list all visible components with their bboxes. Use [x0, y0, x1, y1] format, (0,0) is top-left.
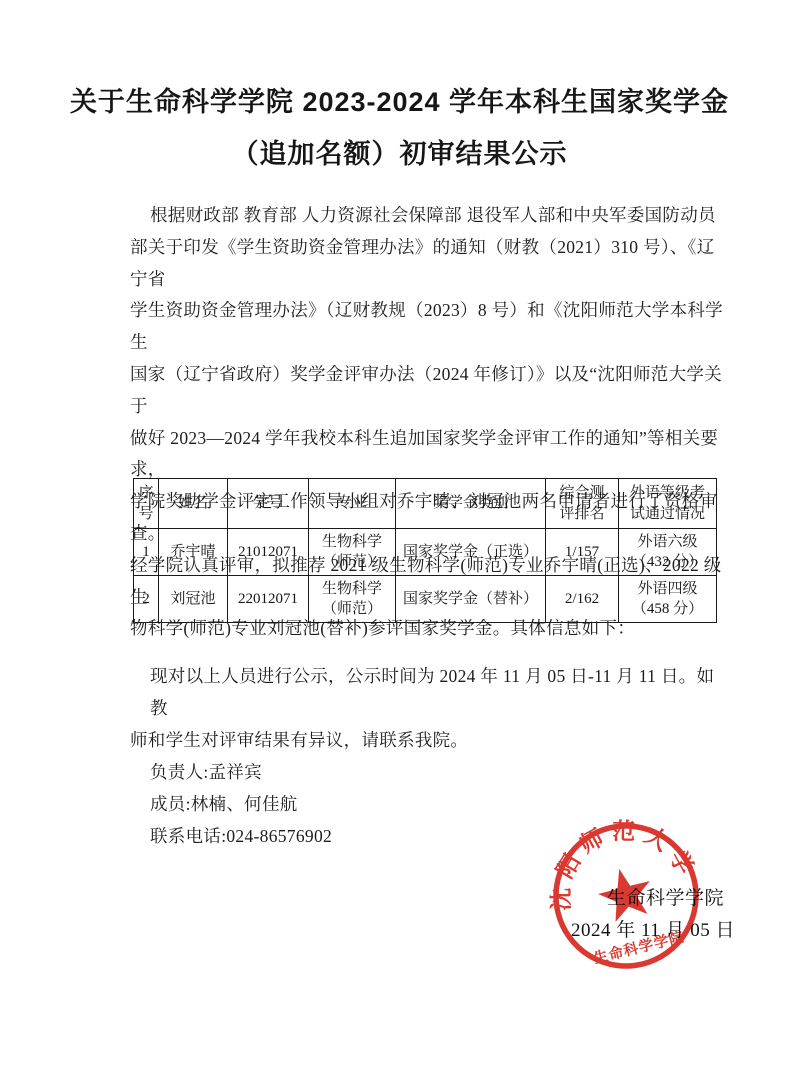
- closing-line: 现对以上人员进行公示，公示时间为 2024 年 11 月 05 日-11 月 1…: [130, 660, 730, 724]
- closing-paragraph: 现对以上人员进行公示，公示时间为 2024 年 11 月 05 日-11 月 1…: [130, 660, 730, 852]
- header-student-id: 学号: [228, 479, 309, 529]
- table-row: 1 乔宇晴 21012071 生物科学 （师范） 国家奖学金（正选） 1/157…: [134, 529, 717, 576]
- candidates-table-header: 序 号 姓名 学号 专业 奖学金类别 综合测 评排名 外语等级考 试通过情况: [134, 479, 717, 529]
- header-scholarship-type: 奖学金类别: [396, 479, 546, 529]
- closing-line: 师和学生对评审结果有异议，请联系我院。: [130, 724, 730, 756]
- contact-person-line: 负责人:孟祥宾: [130, 756, 730, 788]
- header-name: 姓名: [159, 479, 228, 529]
- signature-org: 生命科学学院: [607, 883, 724, 910]
- cell-name: 乔宇晴: [159, 529, 228, 576]
- table-row: 2 刘冠池 22012071 生物科学 （师范） 国家奖学金（替补） 2/162…: [134, 576, 717, 623]
- table-header-row: 序 号 姓名 学号 专业 奖学金类别 综合测 评排名 外语等级考 试通过情况: [134, 479, 717, 529]
- header-rank: 综合测 评排名: [546, 479, 619, 529]
- cell-language-level: 外语四级 （458 分）: [619, 576, 717, 623]
- intro-line: 国家（辽宁省政府）奖学金评审办法（2024 年修订）》以及“沈阳师范大学关于: [130, 359, 726, 423]
- document-page: 关于生命科学学院 2023-2024 学年本科生国家奖学金 （追加名额）初审结果…: [0, 0, 799, 1082]
- cell-scholarship-type: 国家奖学金（正选）: [396, 529, 546, 576]
- header-major: 专业: [309, 479, 396, 529]
- cell-no: 1: [134, 529, 159, 576]
- document-title-line1: 关于生命科学学院 2023-2024 学年本科生国家奖学金: [0, 76, 799, 128]
- cell-no: 2: [134, 576, 159, 623]
- cell-major: 生物科学 （师范）: [309, 576, 396, 623]
- cell-rank: 1/157: [546, 529, 619, 576]
- header-language-level: 外语等级考 试通过情况: [619, 479, 717, 529]
- candidates-table: 序 号 姓名 学号 专业 奖学金类别 综合测 评排名 外语等级考 试通过情况 1…: [133, 478, 717, 623]
- document-title: 关于生命科学学院 2023-2024 学年本科生国家奖学金 （追加名额）初审结果…: [0, 76, 799, 180]
- cell-scholarship-type: 国家奖学金（替补）: [396, 576, 546, 623]
- cell-major: 生物科学 （师范）: [309, 529, 396, 576]
- signature-date: 2024 年 11 月 05 日: [571, 915, 735, 942]
- cell-student-id: 22012071: [228, 576, 309, 623]
- cell-student-id: 21012071: [228, 529, 309, 576]
- intro-line: 做好 2023—2024 学年我校本科生追加国家奖学金评审工作的通知”等相关要求…: [130, 423, 726, 487]
- cell-language-level: 外语六级 （432 分）: [619, 529, 717, 576]
- contact-phone-line: 联系电话:024-86576902: [130, 820, 730, 852]
- contact-members-line: 成员:林楠、何佳航: [130, 788, 730, 820]
- cell-name: 刘冠池: [159, 576, 228, 623]
- cell-rank: 2/162: [546, 576, 619, 623]
- intro-line: 学生资助资金管理办法》（辽财教规（2023）8 号）和《沈阳师范大学本科学生: [130, 295, 726, 359]
- document-title-line2: （追加名额）初审结果公示: [0, 128, 799, 180]
- intro-line: 根据财政部 教育部 人力资源社会保障部 退役军人部和中央军委国防动员: [130, 200, 726, 232]
- intro-line: 部关于印发《学生资助资金管理办法》的通知（财教（2021）310 号）、《辽宁省: [130, 232, 726, 296]
- header-no: 序 号: [134, 479, 159, 529]
